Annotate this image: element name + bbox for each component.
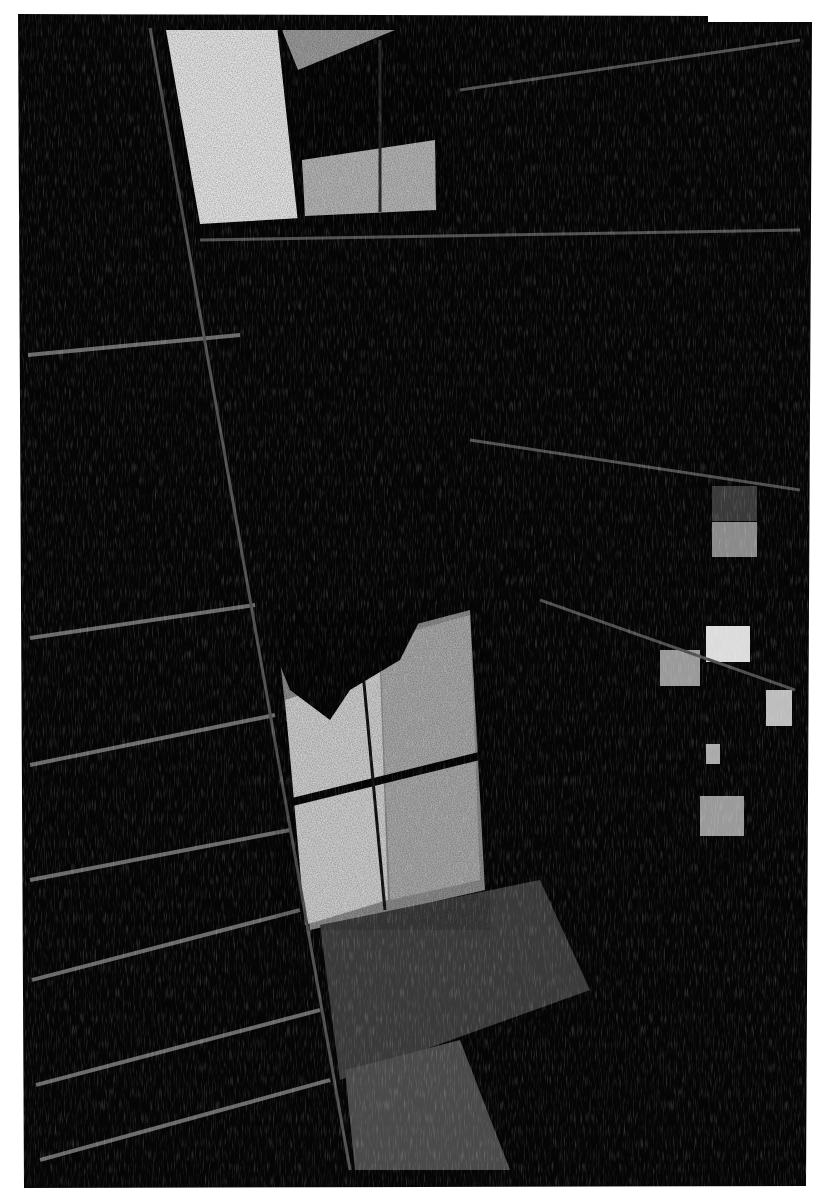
architectural-print xyxy=(0,0,831,1200)
